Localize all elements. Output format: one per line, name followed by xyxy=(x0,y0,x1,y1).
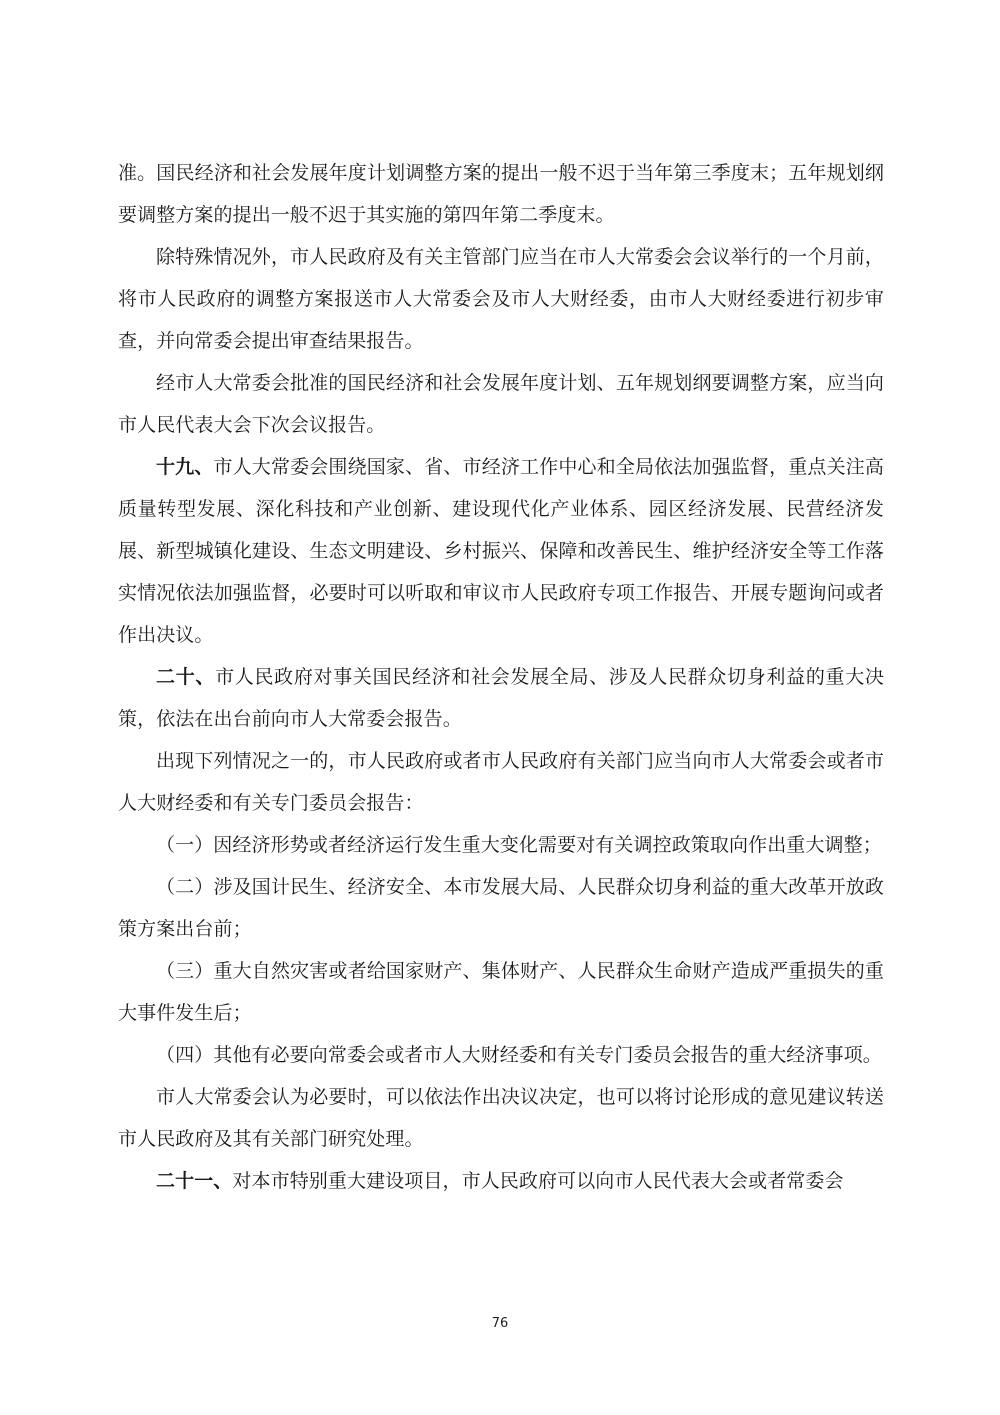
article-text: 市人大常委会围绕国家、省、市经济工作中心和全局依法加强监督，重点关注高质量转型发… xyxy=(118,456,884,646)
article-21: 二十一、对本市特别重大建设项目，市人民政府可以向市人民代表大会或者常委会 xyxy=(118,1160,884,1202)
paragraph: 市人大常委会认为必要时，可以依法作出决议决定，也可以将讨论形成的意见建议转送市人… xyxy=(118,1076,884,1160)
article-19: 十九、市人大常委会围绕国家、省、市经济工作中心和全局依法加强监督，重点关注高质量… xyxy=(118,446,884,656)
paragraph-continuation: 准。国民经济和社会发展年度计划调整方案的提出一般不迟于当年第三季度末；五年规划纲… xyxy=(118,152,884,236)
article-text: 对本市特别重大建设项目，市人民政府可以向市人民代表大会或者常委会 xyxy=(232,1170,843,1192)
paragraph: 除特殊情况外，市人民政府及有关主管部门应当在市人大常委会会议举行的一个月前，将市… xyxy=(118,236,884,362)
paragraph: 出现下列情况之一的，市人民政府或者市人民政府有关部门应当向市人大常委会或者市人大… xyxy=(118,740,884,824)
list-item: （四）其他有必要向常委会或者市人大财经委和有关专门委员会报告的重大经济事项。 xyxy=(118,1034,884,1076)
page-number: 76 xyxy=(0,1316,1000,1331)
article-label: 二十一、 xyxy=(156,1170,232,1192)
list-item: （三）重大自然灾害或者给国家财产、集体财产、人民群众生命财产造成严重损失的重大事… xyxy=(118,950,884,1034)
list-item: （二）涉及国计民生、经济安全、本市发展大局、人民群众切身利益的重大改革开放政策方… xyxy=(118,866,884,950)
paragraph: 经市人大常委会批准的国民经济和社会发展年度计划、五年规划纲要调整方案，应当向市人… xyxy=(118,362,884,446)
article-text: 市人民政府对事关国民经济和社会发展全局、涉及人民群众切身利益的重大决策，依法在出… xyxy=(118,666,884,730)
article-20: 二十、市人民政府对事关国民经济和社会发展全局、涉及人民群众切身利益的重大决策，依… xyxy=(118,656,884,740)
document-page: 准。国民经济和社会发展年度计划调整方案的提出一般不迟于当年第三季度末；五年规划纲… xyxy=(118,152,884,1202)
list-item: （一）因经济形势或者经济运行发生重大变化需要对有关调控政策取向作出重大调整； xyxy=(118,824,884,866)
article-label: 十九、 xyxy=(156,456,213,478)
article-label: 二十、 xyxy=(156,666,215,688)
